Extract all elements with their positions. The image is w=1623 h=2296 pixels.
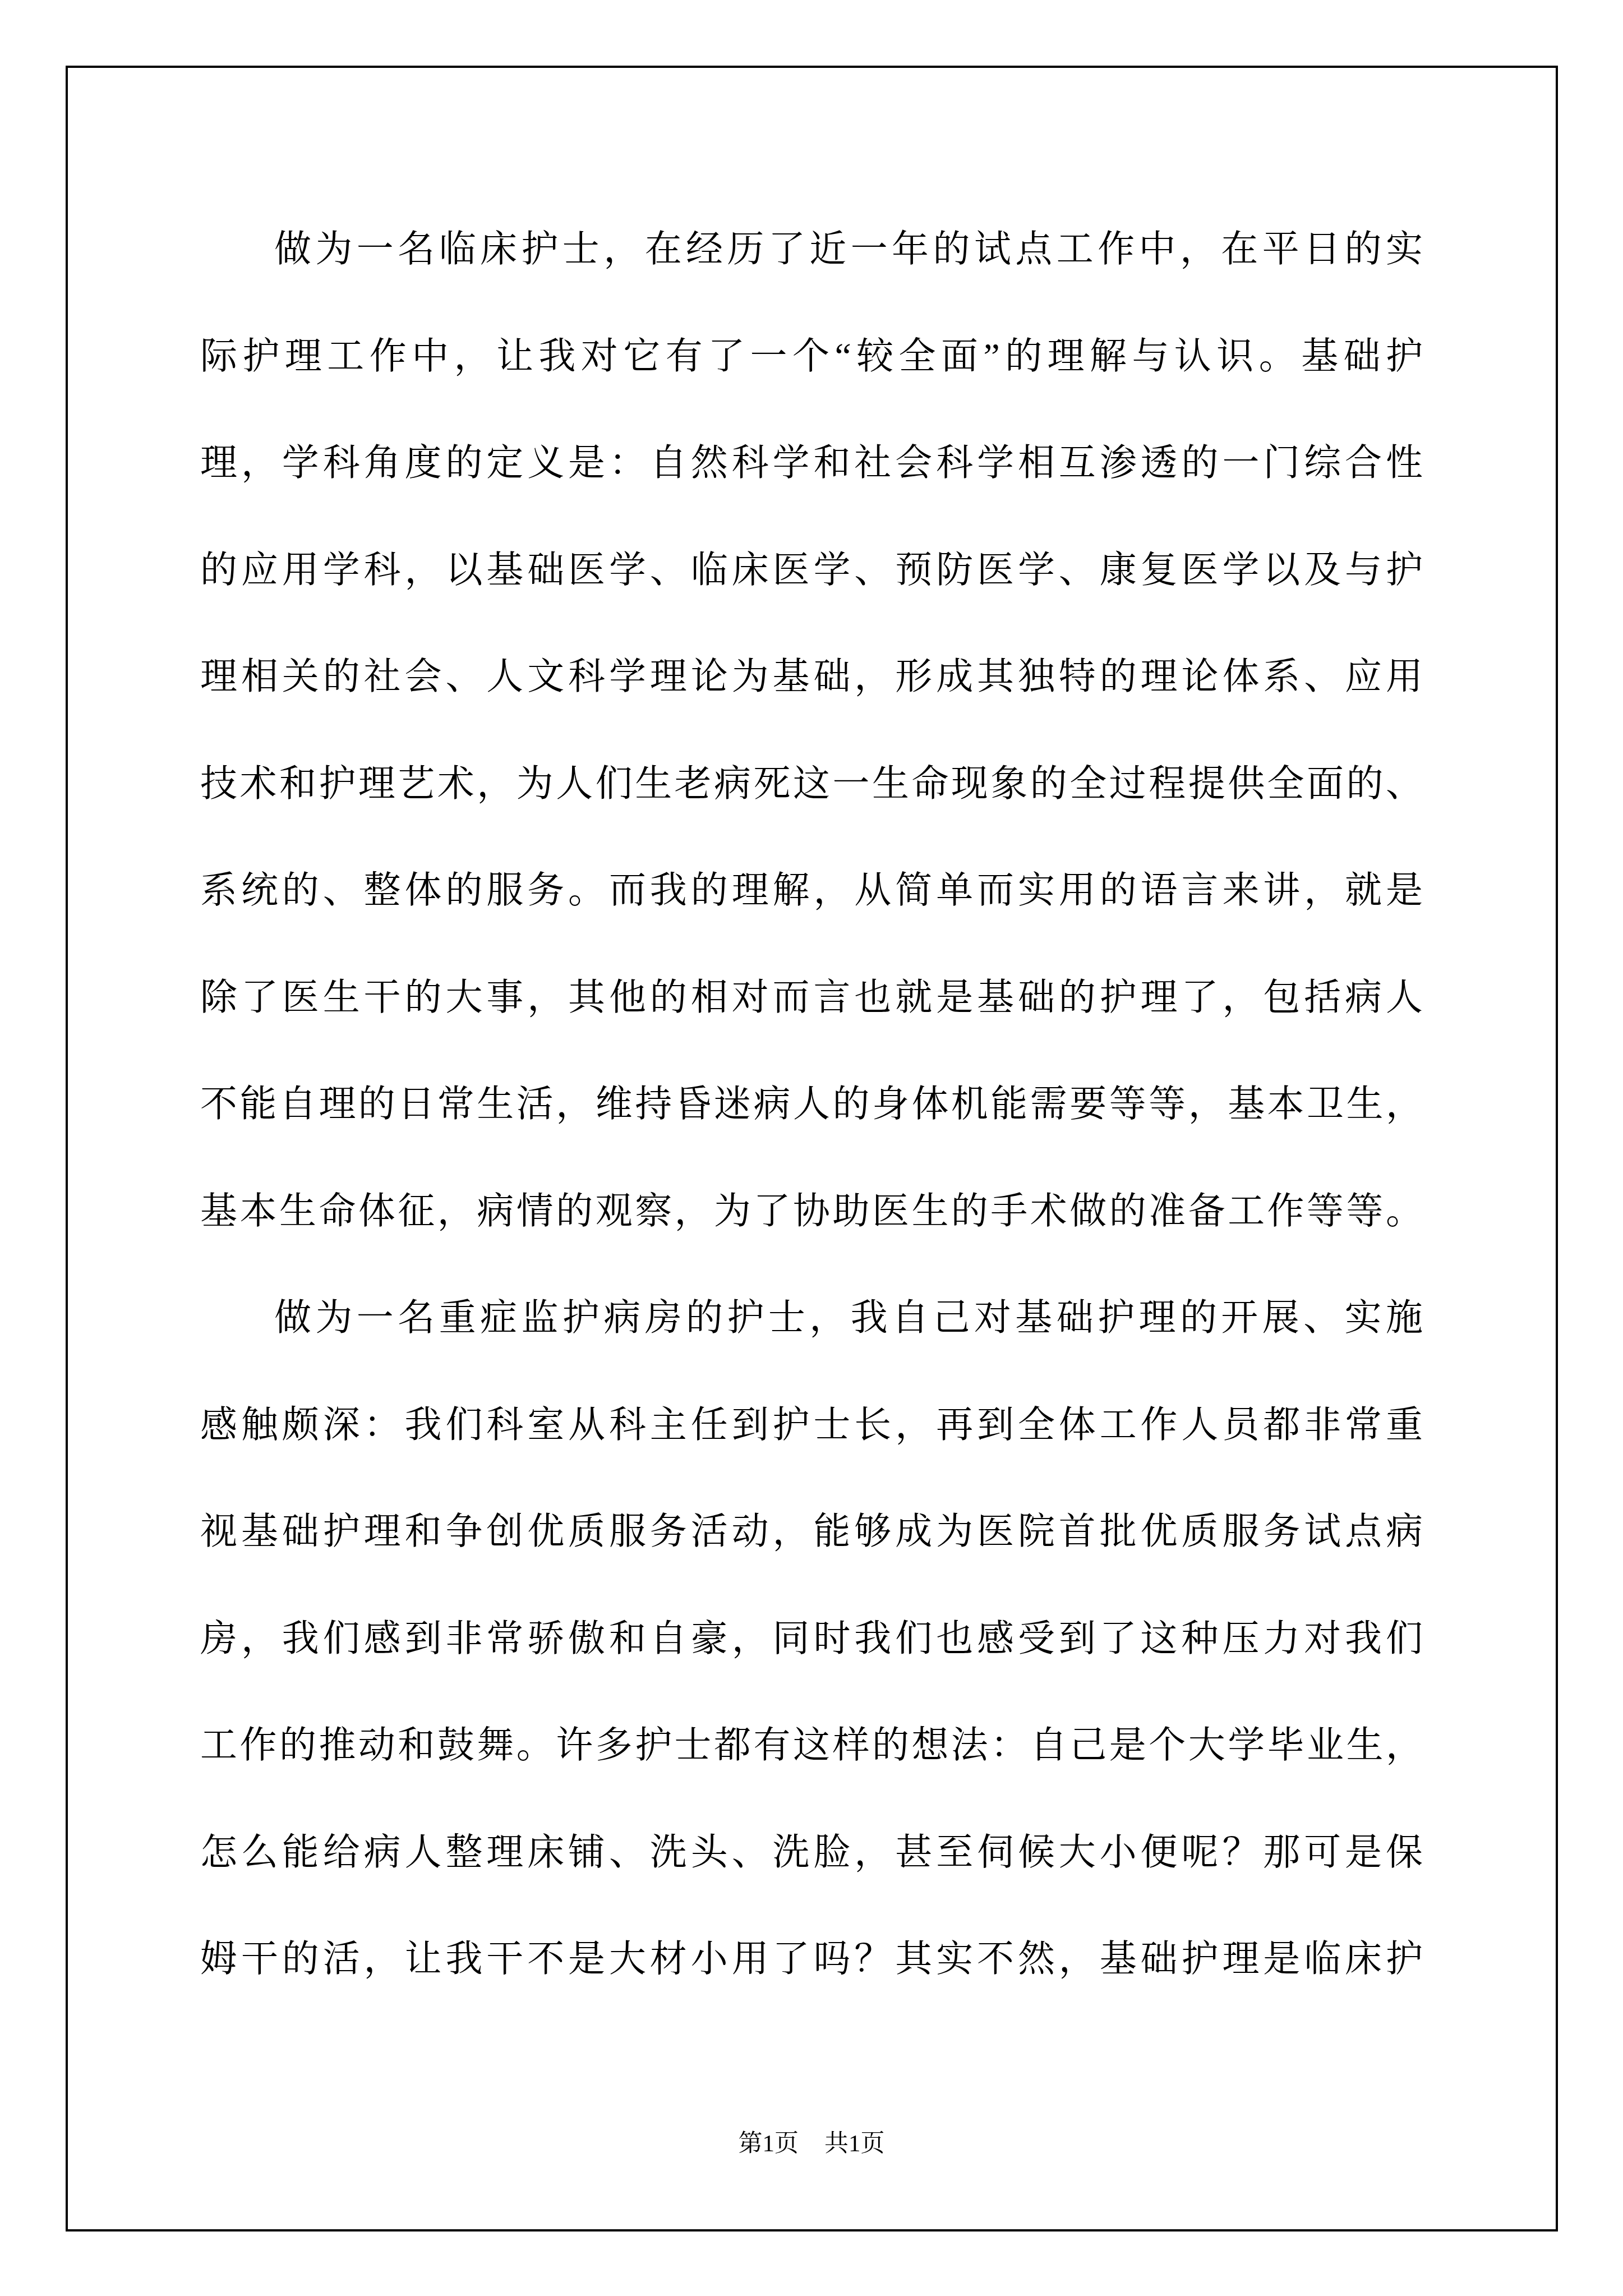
text-line: 工作的推动和鼓舞。许多护士都有这样的想法：自己是个大学毕业生， — [200, 1692, 1423, 1800]
text-line: 系统的、整体的服务。而我的理解，从简单而实用的语言来讲，就是 — [200, 838, 1423, 945]
text-line: 不能自理的日常生活，维持昏迷病人的身体机能需要等等，基本卫生， — [200, 1051, 1423, 1158]
text-line: 视基础护理和争创优质服务活动，能够成为医院首批优质服务试点病 — [200, 1479, 1423, 1586]
text-line: 理相关的社会、人文科学理论为基础，形成其独特的理论体系、应用 — [200, 624, 1423, 731]
text-line: 际护理工作中，让我对它有了一个“较全面”的理解与认识。基础护 — [200, 303, 1423, 411]
page-footer: 第1页共1页 — [0, 2131, 1623, 2157]
text-line: 做为一名重症监护病房的护士，我自己对基础护理的开展、实施 — [200, 1265, 1423, 1372]
text-line: 怎么能给病人整理床铺、洗头、洗脸，甚至伺候大小便呢？那可是保 — [200, 1800, 1423, 1907]
text-line: 的应用学科，以基础医学、临床医学、预防医学、康复医学以及与护 — [200, 517, 1423, 624]
text-line: 做为一名临床护士，在经历了近一年的试点工作中，在平日的实 — [200, 196, 1423, 303]
text-line: 基本生命体征，病情的观察，为了协助医生的手术做的准备工作等等。 — [200, 1158, 1423, 1266]
text-line: 房，我们感到非常骄傲和自豪，同时我们也感受到了这种压力对我们 — [200, 1586, 1423, 1693]
text-line: 技术和护理艺术，为人们生老病死这一生命现象的全过程提供全面的、 — [200, 731, 1423, 838]
document-body: 做为一名临床护士，在经历了近一年的试点工作中，在平日的实 际护理工作中，让我对它… — [200, 196, 1423, 2013]
text-line: 除了医生干的大事，其他的相对而言也就是基础的护理了，包括病人 — [200, 945, 1423, 1052]
text-line: 感触颇深：我们科室从科主任到护士长，再到全体工作人员都非常重 — [200, 1372, 1423, 1479]
text-line: 姆干的活，让我干不是大材小用了吗？其实不然，基础护理是临床护 — [200, 1906, 1423, 2013]
footer-page-number: 第1页 — [739, 2131, 799, 2157]
footer-page-count: 共1页 — [824, 2131, 885, 2157]
text-line: 理，学科角度的定义是：自然科学和社会科学相互渗透的一门综合性 — [200, 410, 1423, 517]
document-page: 做为一名临床护士，在经历了近一年的试点工作中，在平日的实 际护理工作中，让我对它… — [0, 0, 1623, 2296]
